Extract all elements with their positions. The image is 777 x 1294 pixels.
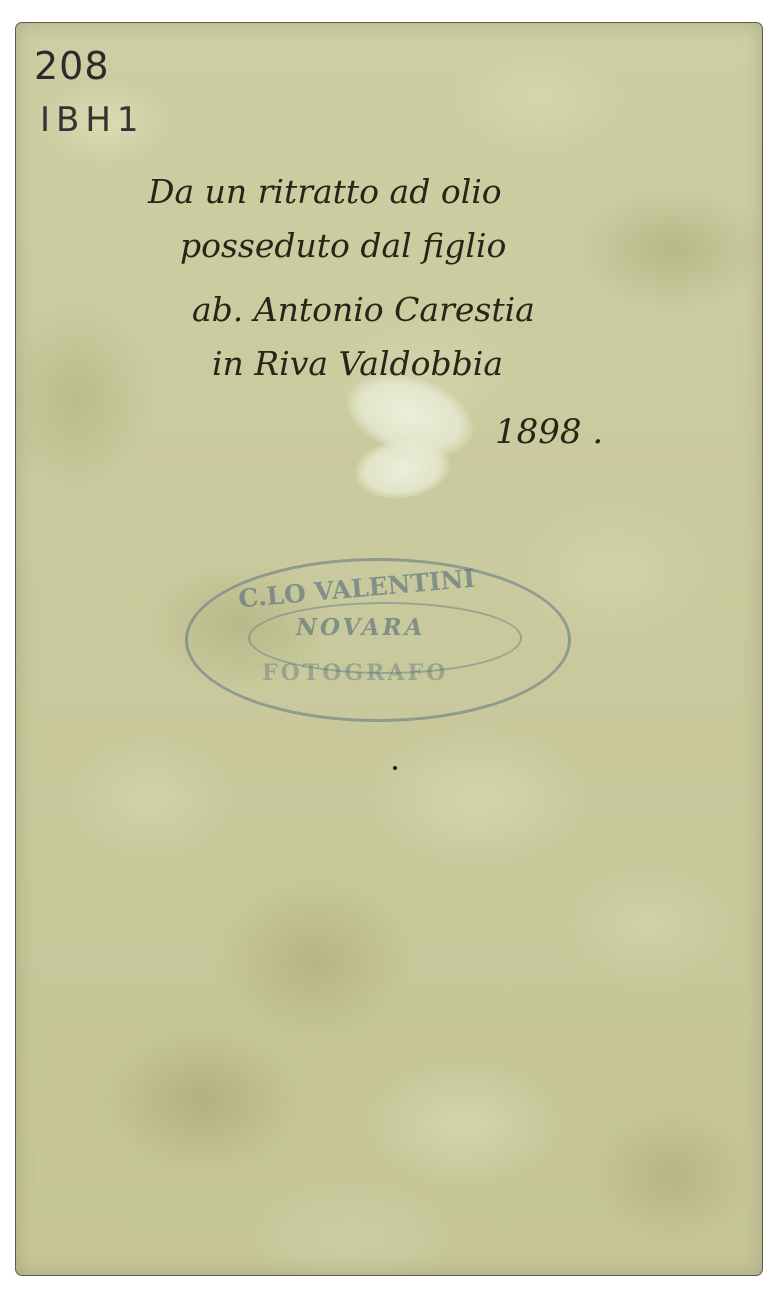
archive-number: 208 xyxy=(34,44,110,88)
note-line-4: in Riva Valdobbia xyxy=(212,344,503,383)
ink-speck xyxy=(393,766,397,770)
archive-code: IBH1 xyxy=(40,100,145,140)
note-line-1: Da un ritratto ad olio xyxy=(148,172,502,211)
note-line-3: ab. Antonio Carestia xyxy=(192,290,535,329)
note-year: 1898 . xyxy=(495,412,603,452)
stamp-profession: FOTOGRAFO xyxy=(262,660,448,686)
note-line-2: posseduto dal figlio xyxy=(180,226,506,265)
stamp-city: NOVARA xyxy=(296,614,426,641)
